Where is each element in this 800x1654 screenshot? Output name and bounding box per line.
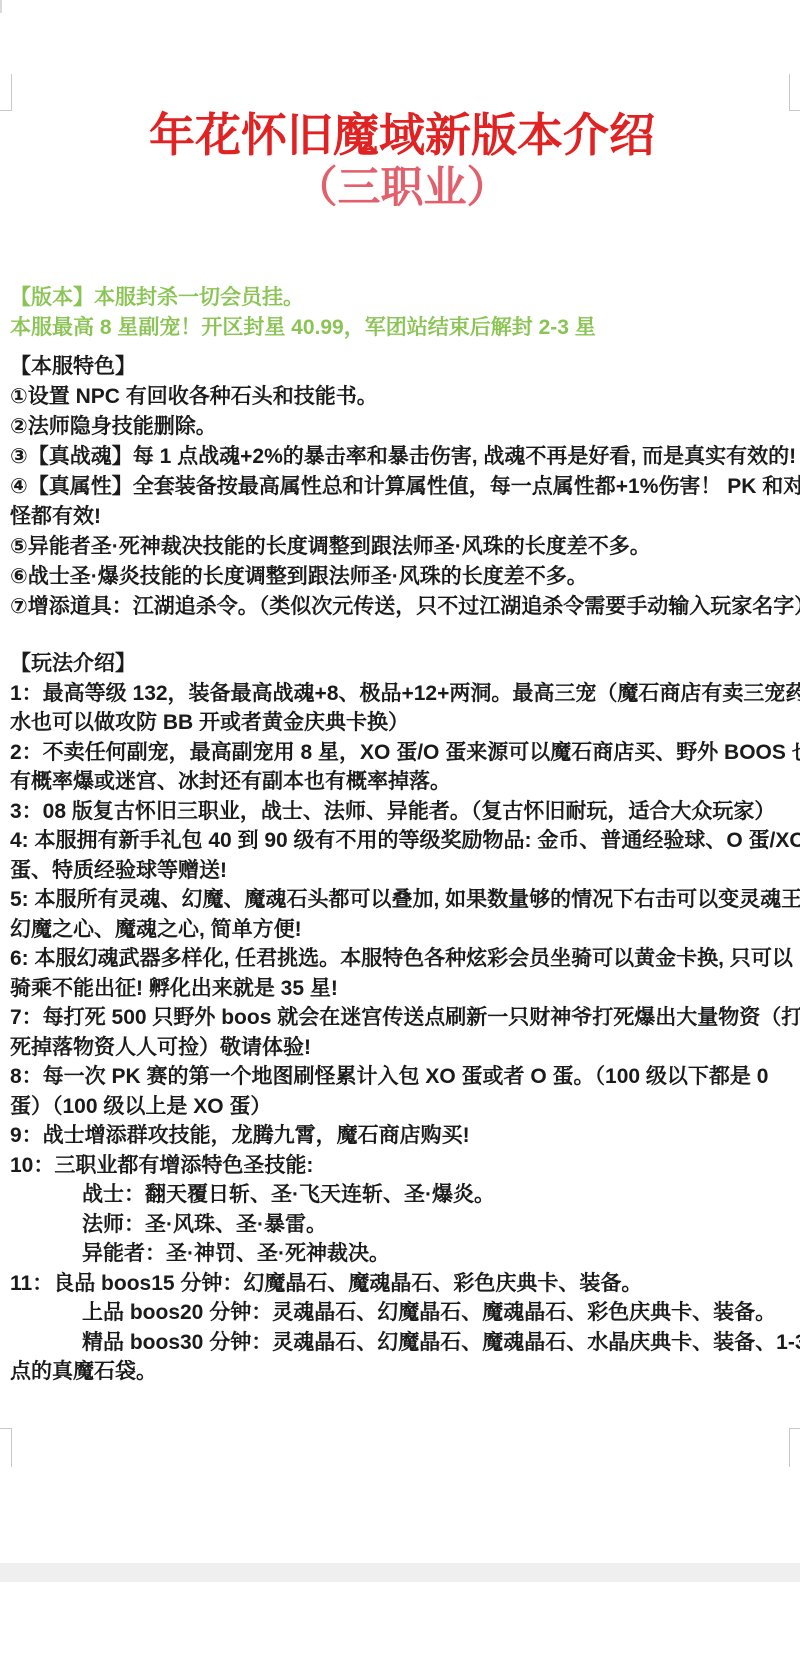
document-subtitle: （三职业） (10, 162, 794, 214)
feature-line: ⑦增添道具：江湖追杀令。（类似次元传送，只不过江湖追杀令需要手动输入玩家名字） (10, 592, 794, 622)
feature-line: ①设置 NPC 有回收各种石头和技能书。 (10, 382, 794, 412)
gameplay-subline: 异能者：圣·神罚、圣·死神裁决。 (10, 1239, 794, 1269)
gameplay-line: 点的真魔石袋。 (10, 1357, 794, 1387)
gameplay-section: 【玩法介绍】 1：最高等级 132，装备最高战魂+8、极品+12+两洞。最高三宠… (10, 649, 794, 1387)
notice-line: 本服最高 8 星副宠！开区封星 40.99，军团站结束后解封 2-3 星 (10, 313, 794, 343)
margin-mark-bottom-right (789, 1428, 800, 1467)
document-page: 年花怀旧魔域新版本介绍 （三职业） 【版本】本服封杀一切会员挂。 本服最高 8 … (0, 0, 800, 1654)
document-title: 年花怀旧魔域新版本介绍 (10, 108, 794, 162)
gameplay-line: 4: 本服拥有新手礼包 40 到 90 级有不用的等级奖励物品: 金币、普通经验… (10, 826, 794, 856)
server-features-section: 【本服特色】 ①设置 NPC 有回收各种石头和技能书。 ②法师隐身技能删除。 ③… (10, 352, 794, 622)
gameplay-line: 7：每打死 500 只野外 boos 就会在迷宫传送点刷新一只财神爷打死爆出大量… (10, 1003, 794, 1033)
page-edge-artifact (0, 0, 2, 13)
margin-mark-bottom-left (0, 1428, 12, 1467)
feature-line: 怪都有效! (10, 502, 794, 532)
gameplay-line: 10：三职业都有增添特色圣技能: (10, 1151, 794, 1181)
gameplay-line: 死掉落物资人人可捡）敬请体验! (10, 1033, 794, 1063)
feature-line: ②法师隐身技能删除。 (10, 412, 794, 442)
gameplay-heading: 【玩法介绍】 (10, 649, 794, 679)
gameplay-subline: 法师：圣·风珠、圣·暴雷。 (10, 1210, 794, 1240)
features-heading: 【本服特色】 (10, 352, 794, 382)
gameplay-subline: 战士：翻天覆日斩、圣·飞天连斩、圣·爆炎。 (10, 1180, 794, 1210)
gameplay-line: 11：良品 boos15 分钟：幻魔晶石、魔魂晶石、彩色庆典卡、装备。 (10, 1269, 794, 1299)
gameplay-line: 骑乘不能出征! 孵化出来就是 35 星! (10, 974, 794, 1004)
gameplay-line: 5: 本服所有灵魂、幻魔、魔魂石头都可以叠加, 如果数量够的情况下右击可以变灵魂… (10, 885, 794, 915)
gameplay-line: 3：08 版复古怀旧三职业，战士、法师、异能者。（复古怀旧耐玩，适合大众玩家） (10, 797, 794, 827)
gameplay-subline: 精品 boos30 分钟：灵魂晶石、幻魔晶石、魔魂晶石、水晶庆典卡、装备、1-3 (10, 1328, 794, 1358)
gameplay-line: 蛋、特质经验球等赠送! (10, 856, 794, 886)
gameplay-line: 水也可以做攻防 BB 开或者黄金庆典卡换） (10, 708, 794, 738)
notice-line: 【版本】本服封杀一切会员挂。 (10, 283, 794, 313)
gameplay-line: 6: 本服幻魂武器多样化, 任君挑选。本服特色各种炫彩会员坐骑可以黄金卡换, 只… (10, 944, 794, 974)
feature-line: ④【真属性】全套装备按最高属性总和计算属性值，每一点属性都+1%伤害！ PK 和… (10, 472, 794, 502)
page-separator (0, 1563, 800, 1582)
feature-line: ⑤异能者圣·死神裁决技能的长度调整到跟法师圣·风珠的长度差不多。 (10, 532, 794, 562)
gameplay-subline: 上品 boos20 分钟：灵魂晶石、幻魔晶石、魔魂晶石、彩色庆典卡、装备。 (10, 1298, 794, 1328)
gameplay-line: 9：战士增添群攻技能，龙腾九霄，魔石商店购买! (10, 1121, 794, 1151)
version-notice: 【版本】本服封杀一切会员挂。 本服最高 8 星副宠！开区封星 40.99，军团站… (10, 283, 794, 343)
gameplay-line: 8：每一次 PK 赛的第一个地图刷怪累计入包 XO 蛋或者 O 蛋。（100 级… (10, 1062, 794, 1092)
gameplay-line: 幻魔之心、魔魂之心, 简单方便! (10, 915, 794, 945)
gameplay-line: 蛋）（100 级以上是 XO 蛋） (10, 1092, 794, 1122)
feature-line: ⑥战士圣·爆炎技能的长度调整到跟法师圣·风珠的长度差不多。 (10, 562, 794, 592)
document-content: 年花怀旧魔域新版本介绍 （三职业） 【版本】本服封杀一切会员挂。 本服最高 8 … (10, 0, 794, 1387)
gameplay-line: 2：不卖任何副宠，最高副宠用 8 星，XO 蛋/O 蛋来源可以魔石商店买、野外 … (10, 738, 794, 768)
gameplay-line: 有概率爆或迷宫、冰封还有副本也有概率掉落。 (10, 767, 794, 797)
gameplay-line: 1：最高等级 132，装备最高战魂+8、极品+12+两洞。最高三宠（魔石商店有卖… (10, 679, 794, 709)
feature-line: ③【真战魂】每 1 点战魂+2%的暴击率和暴击伤害, 战魂不再是好看, 而是真实… (10, 442, 794, 472)
